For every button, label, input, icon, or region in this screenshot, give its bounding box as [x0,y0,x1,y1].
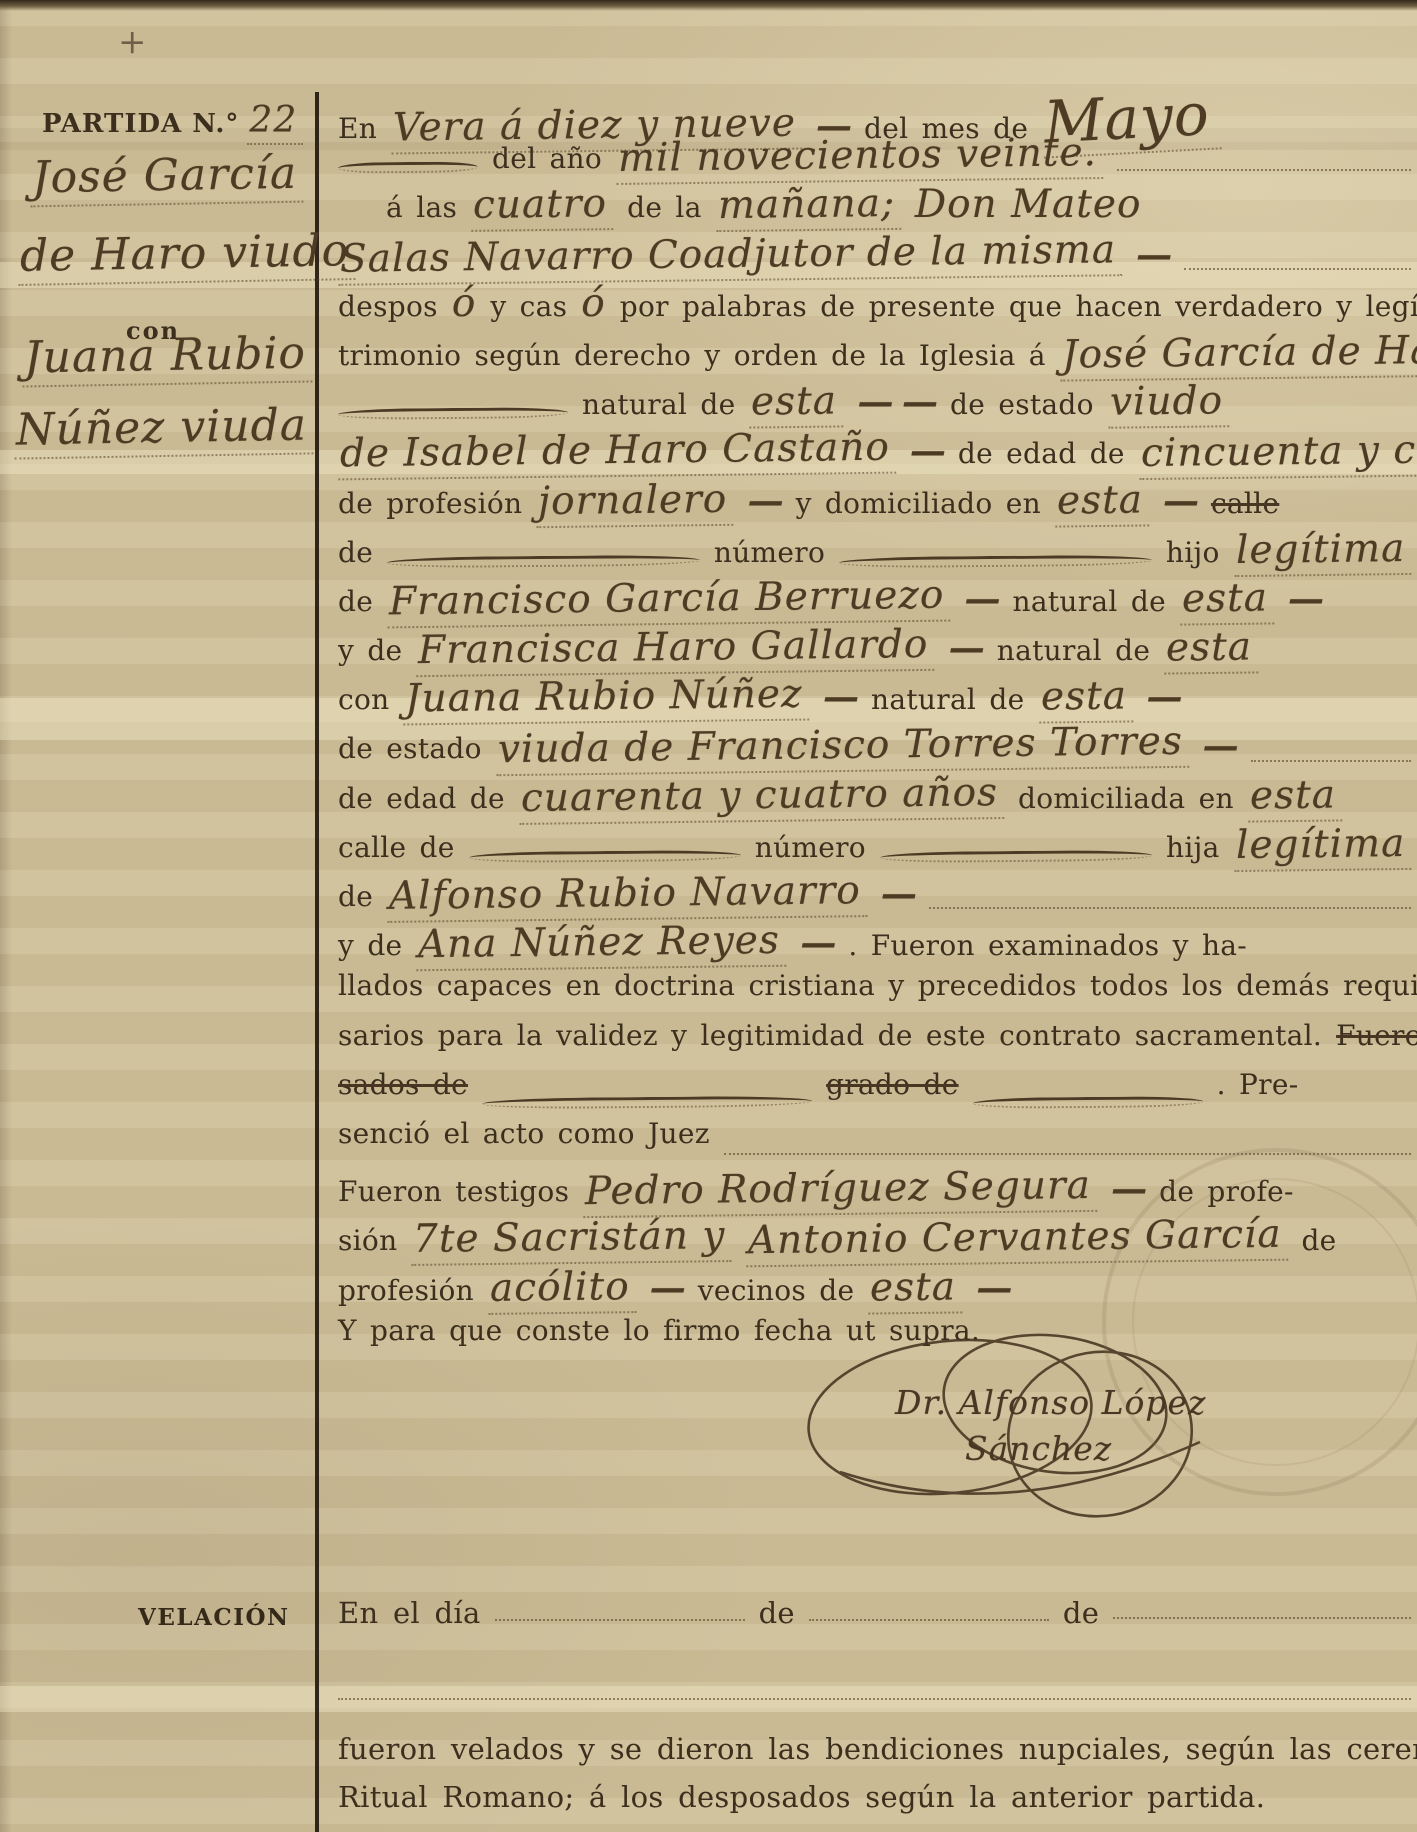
form-line: sarios para la validez y legitimidad de … [338,1019,1411,1068]
ink-dash: — [965,578,999,620]
printed-text: y domiciliado en [796,487,1041,520]
printed-text: Fueron testigos [338,1175,569,1208]
ink-rule-fill [880,850,1152,863]
printed-text: de estado [338,732,482,765]
partida-number-value: 22 [247,100,303,145]
handwritten-entry: de Isabel de Haro Castaño [338,425,896,481]
form-line: EnVera á diez y nueve—del mes deMayo [338,84,1411,133]
dotted-blank [1184,268,1411,270]
handwritten-entry: Ana Núñez Reyes [416,918,786,972]
handwritten-entry: esta [1038,674,1133,724]
printed-text: á las [386,191,457,224]
printed-text: senció el acto como Juez [338,1117,710,1150]
benediction-cross: + [118,22,147,62]
dotted-blank [495,1619,745,1621]
handwritten-entry: esta [868,1264,963,1314]
form-line: deAlfonso Rubio Navarro— [338,871,1411,920]
printed-text: por palabras de presente que hacen verda… [620,290,1417,323]
handwritten-entry: mañana; [715,181,901,232]
velacion-text-line: Ritual Romano; á los desposados según la… [338,1780,1411,1814]
handwritten-entry: Alfonso Rubio Navarro [387,868,867,923]
printed-text: sión [338,1224,397,1257]
printed-text: llados capaces en doctrina cristiana y p… [338,969,1417,1002]
printed-text: natural de [1013,585,1166,618]
handwritten-entry: ó [581,281,605,326]
printed-text: de estado [950,388,1094,421]
bride-name-handwritten: Juana Rubio [22,327,313,387]
handwritten-entry: cuatro [471,182,614,233]
handwritten-entry: esta [1180,575,1275,625]
printed-text: de profesión [338,487,522,520]
printed-text: de [759,1596,795,1630]
printed-text-struck: sados de [338,1068,468,1101]
handwritten-entry: ó [452,281,476,326]
handwritten-entry: acólito [488,1264,636,1315]
ink-rule-fill [338,407,568,420]
handwritten-entry: legítima [1233,526,1411,577]
printed-text: domiciliada en [1018,782,1234,815]
printed-text: de [338,880,373,913]
ink-rule-fill [482,1095,812,1109]
printed-text: calle de [338,831,455,864]
printed-text: con [338,683,389,716]
handwritten-entry: Pedro Rodríguez Segura [583,1163,1097,1218]
printed-text: vecinos de [698,1274,855,1307]
dotted-blank [809,1619,1049,1621]
groom-name-handwritten: de Haro viudo [18,225,356,286]
printed-text: trimonio según derecho y orden de la Igl… [338,339,1046,372]
handwritten-entry: viudo [1108,378,1230,428]
handwritten-entry: cuarenta y cuatro años [519,770,1005,825]
printed-text: . Pre- [1217,1068,1299,1101]
printed-text: hija [1166,831,1220,864]
handwritten-entry: jornalero [536,476,734,527]
velacion-date-line: En el día de de [338,1596,1411,1630]
handwritten-entry: mil novecientos veinte. [616,130,1104,185]
handwritten-entry: Francisco García Berruezo [387,572,951,628]
ink-dash: — [748,480,782,522]
printed-text: hijo [1166,536,1220,569]
ink-dash: — [1136,234,1170,276]
ink-dash: — [1147,676,1181,718]
form-line: Salas Navarro Coadjutor de la misma— [338,232,1411,281]
ink-dash: — [881,873,915,915]
ink-dash: — [949,627,983,669]
printed-text: número [755,831,866,864]
dotted-blank [1113,1617,1411,1619]
printed-text: natural de [871,683,1024,716]
ink-rule-fill [973,1096,1203,1109]
handwritten-entry: 7te Sacristán y [411,1213,732,1266]
ink-dash: — [1288,578,1322,620]
form-line: á lascuatrode lamañana;Don Mateo [338,182,1411,231]
bride-name-handwritten: Núñez viuda [14,399,314,459]
form-line: calle denúmerohijalegítima [338,822,1411,871]
ink-dash: — [800,922,834,964]
printed-text: número [714,536,825,569]
printed-text: En [338,112,377,145]
document-page: { "colors":{"paper":"#cfc099","printed_i… [0,0,1417,1832]
form-line: trimonio según derecho y orden de la Igl… [338,330,1411,379]
printed-text: natural de [582,388,735,421]
ink-dash: — [1203,725,1237,767]
signature-surname: Sánchez [965,1429,1112,1468]
column-divider [315,92,319,1832]
form-line: y deFrancisca Haro Gallardo—natural dees… [338,625,1411,674]
printed-text-struck: Fueron dispen- [1336,1019,1417,1052]
printed-text-struck: calle [1211,487,1279,520]
groom-name-handwritten: José García [30,148,304,208]
ink-dash: — [976,1267,1010,1309]
printed-text: profesión [338,1274,474,1307]
ink-rule-fill [839,555,1152,569]
ink-dash: — [1111,1168,1145,1210]
velacion-text-line: fueron velados y se dieron las bendicion… [338,1732,1411,1766]
handwritten-entry: esta [1055,477,1150,527]
margin-column: + PARTIDA N.° 22 José García de Haro viu… [0,0,315,1832]
handwritten-entry: Francisca Haro Gallardo [416,622,935,677]
partida-number-label: PARTIDA N.° [42,109,239,139]
dotted-blank [929,907,1411,909]
handwritten-entry: cincuenta y cuatro años [1139,425,1417,480]
printed-text: En el día [338,1596,481,1630]
handwritten-entry: legítima [1233,821,1411,872]
printed-text: y cas [490,290,567,323]
form-line: sados degrado de. Pre- [338,1068,1411,1117]
dotted-blank [1117,169,1411,171]
ink-dash: — [823,676,857,718]
printed-text: de [1063,1596,1099,1630]
handwritten-entry: esta [1164,624,1259,674]
printed-text: de edad de [338,782,505,815]
form-line: conJuana Rubio Núñez—natural deesta— [338,674,1411,723]
printed-text: y de [338,929,402,962]
printed-text-struck: grado de [826,1068,959,1101]
form-line: y deAna Núñez Reyes—. Fueron examinados … [338,920,1411,969]
form-line: denúmerohijolegítima [338,527,1411,576]
ink-dash: — — [857,381,936,423]
form-line: de profesiónjornalero—y domiciliado enes… [338,478,1411,527]
handwritten-entry: José García de Haro [1059,327,1417,381]
ink-rule-fill [469,850,741,863]
handwritten-entry: Don Mateo [915,182,1142,227]
printed-text: de edad de [958,437,1125,470]
printed-text: . Fueron examinados y ha- [848,929,1247,962]
printed-text: despos [338,290,438,323]
handwritten-entry: Juana Rubio Núñez [403,672,809,726]
form-line: natural deesta— —de estadoviudo [338,379,1411,428]
handwritten-entry: esta [749,379,844,429]
dotted-blank [1251,760,1411,762]
form-line: de edad decuarenta y cuatro añosdomicili… [338,773,1411,822]
handwritten-entry: viuda de Francisco Torres Torres [495,719,1188,776]
form-line: deFrancisco García Berruezo—natural dees… [338,576,1411,625]
velacion-label: VELACIÓN [138,1604,290,1631]
printed-text: Ritual Romano; á los desposados según la… [338,1780,1265,1814]
form-line: desposóy casópor palabras de presente qu… [338,281,1411,330]
ink-rule-fill [387,555,700,569]
form-line: de Isabel de Haro Castaño—de edad decinc… [338,428,1411,477]
ink-dash: — [1163,480,1197,522]
printed-text: de [338,536,373,569]
printed-text: de la [627,191,702,224]
dotted-blank-line [338,1698,1411,1700]
form-line: de estadoviuda de Francisco Torres Torre… [338,723,1411,772]
printed-text: sarios para la validez y legitimidad de … [338,1019,1322,1052]
handwritten-entry: esta [1248,772,1343,822]
printed-text: fueron velados y se dieron las bendicion… [338,1732,1417,1766]
printed-text: de [338,585,373,618]
handwritten-entry: Salas Navarro Coadjutor de la misma [338,227,1123,286]
ink-dash: — [910,430,944,472]
printed-text: y de [338,634,402,667]
printed-text: natural de [997,634,1150,667]
form-line: llados capaces en doctrina cristiana y p… [338,969,1411,1018]
ink-rule-fill [338,162,478,174]
ink-dash: — [650,1267,684,1309]
